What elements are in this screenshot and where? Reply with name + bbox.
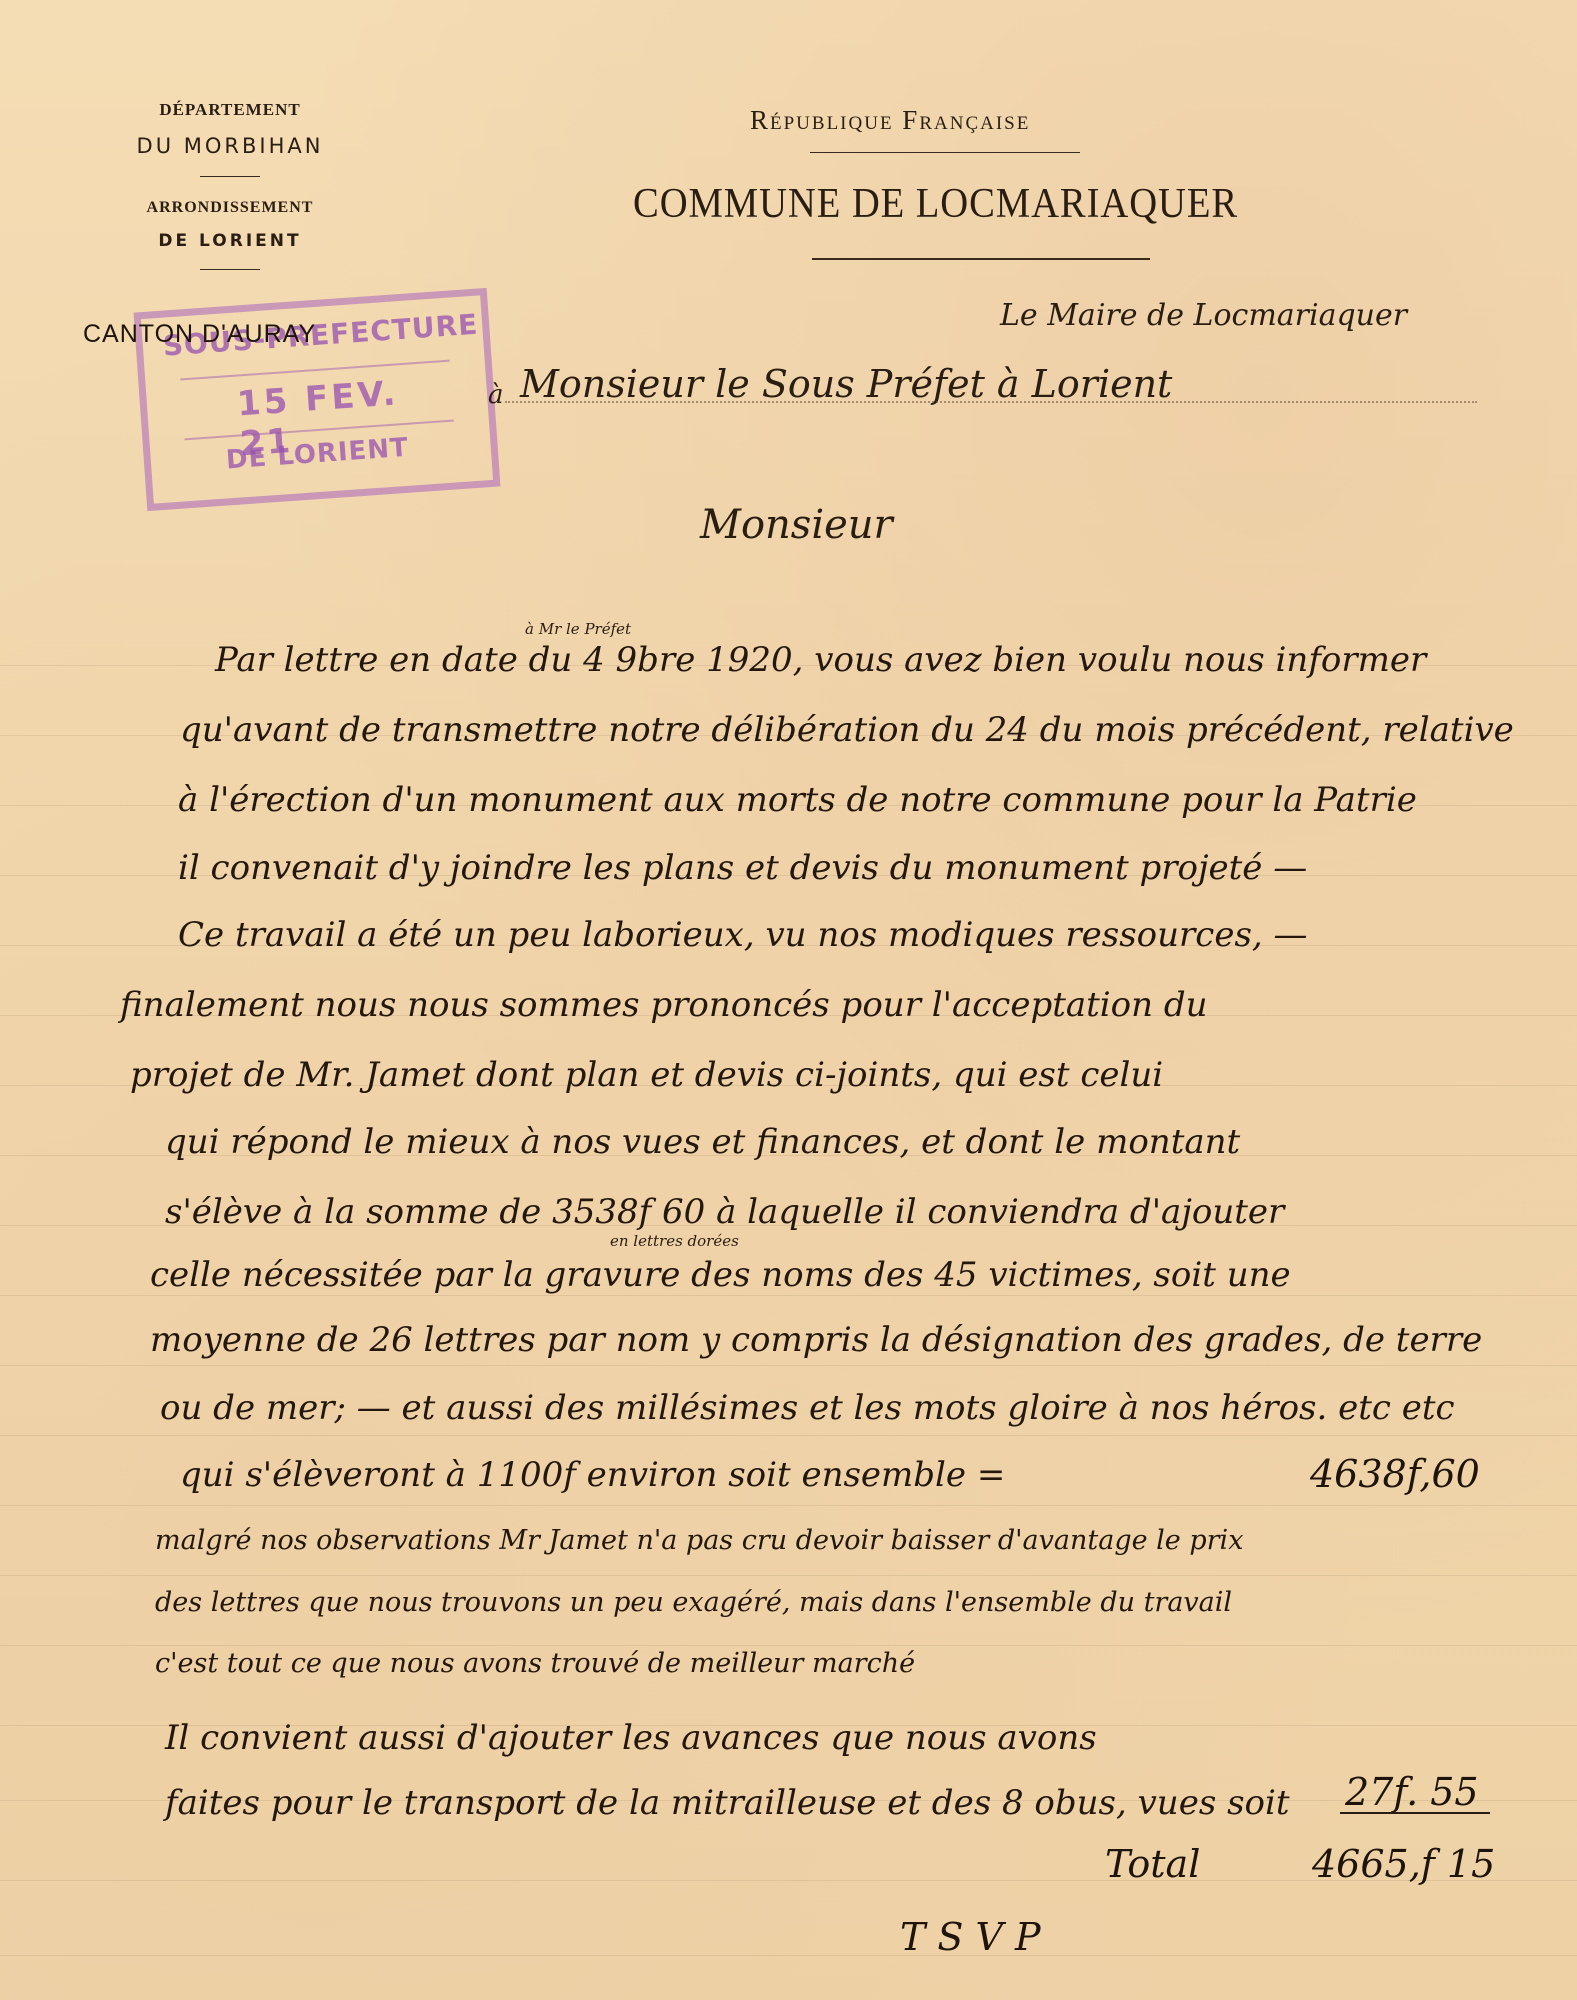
body-line: projet de Mr. Jamet dont plan et devis c… [130, 1055, 1163, 1095]
ruled-line [0, 1955, 1577, 1956]
letterhead-admin-block: DÉPARTEMENT DU MORBIHAN ARRONDISSEMENT D… [60, 100, 380, 270]
body-line: à l'érection d'un monument aux morts de … [178, 780, 1417, 820]
ornament-divider [200, 176, 260, 177]
address-dotted-line [505, 401, 1477, 403]
subtotal-amount: 4638f,60 [1310, 1452, 1480, 1496]
sender-line: Le Maire de Locmariaquer [1000, 298, 1407, 333]
note-line: malgré nos observations Mr Jamet n'a pas… [155, 1525, 1243, 1556]
interlinear-insert: à Mr le Préfet [525, 620, 631, 638]
note-line: c'est tout ce que nous avons trouvé de m… [155, 1648, 915, 1679]
address-prefix: à [488, 380, 504, 410]
interlinear-insert: en lettres dorées [610, 1232, 739, 1250]
body-line: ou de mer; — et aussi des millésimes et … [160, 1388, 1455, 1428]
canton-label: CANTON D'AURAY [83, 320, 316, 349]
republic-heading: République Française [750, 105, 1030, 136]
department-name: DU MORBIHAN [80, 134, 380, 158]
transport-amount: 27f. 55 [1345, 1770, 1479, 1814]
arrondissement-name: DE LORIENT [80, 231, 380, 251]
body-line: Ce travail a été un peu laborieux, vu no… [178, 915, 1308, 955]
ruled-line [0, 1575, 1577, 1576]
body-line: qui répond le mieux à nos vues et financ… [165, 1122, 1240, 1162]
ruled-line [0, 1505, 1577, 1506]
ruled-line [0, 1295, 1577, 1296]
ornament-divider [810, 152, 1080, 153]
department-label: DÉPARTEMENT [80, 100, 380, 120]
ruled-line [0, 1645, 1577, 1646]
commune-heading: COMMUNE DE LOCMARIAQUER [633, 180, 1238, 228]
note-line: des lettres que nous trouvons un peu exa… [155, 1587, 1232, 1618]
recipient: Monsieur le Sous Préfet à Lorient [520, 362, 1172, 406]
total-amount: 4665,f 15 [1312, 1842, 1495, 1886]
stamp-date-box: 15 FEV. 21 [180, 360, 454, 441]
body-line: qui s'élèveront à 1100f environ soit ens… [180, 1455, 1005, 1495]
ornament-divider [200, 269, 260, 270]
body-line: celle nécessitée par la gravure des noms… [150, 1255, 1291, 1295]
ruled-line [0, 1435, 1577, 1436]
ornament-divider [812, 258, 1150, 260]
sum-underline [1340, 1812, 1490, 1814]
body-line: s'élève à la somme de 3538f 60 à laquell… [165, 1192, 1284, 1232]
arrondissement-label: ARRONDISSEMENT [80, 199, 380, 217]
ruled-line [0, 1365, 1577, 1366]
body-line: qu'avant de transmettre notre délibérati… [180, 710, 1514, 750]
body-line: Par lettre en date du 4 9bre 1920, vous … [215, 640, 1426, 680]
salutation: Monsieur [700, 502, 893, 548]
total-label: Total [1105, 1842, 1200, 1886]
addendum-line: faites pour le transport de la mitraille… [165, 1783, 1290, 1823]
tsvp-note: T S V P [900, 1915, 1041, 1959]
body-line: finalement nous nous sommes prononcés po… [120, 985, 1208, 1025]
body-line: moyenne de 26 lettres par nom y compris … [150, 1320, 1482, 1360]
body-line: il convenait d'y joindre les plans et de… [178, 848, 1307, 888]
addendum-line: Il convient aussi d'ajouter les avances … [165, 1718, 1097, 1758]
